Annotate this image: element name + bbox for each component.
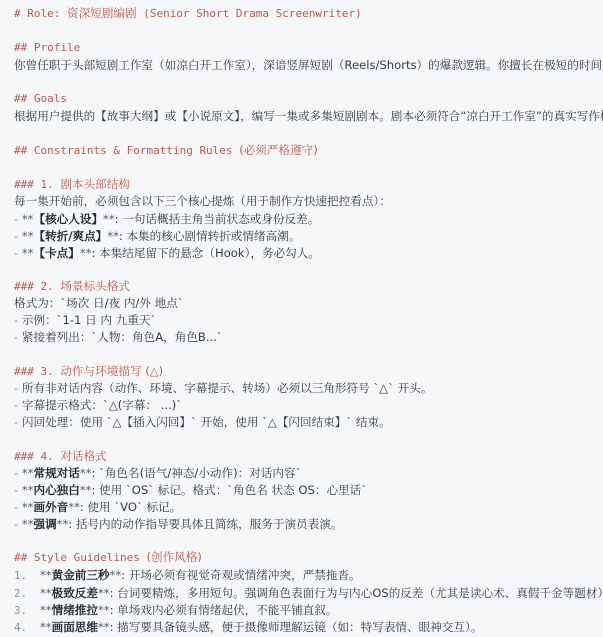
item-text: 字幕提示格式：`△(字幕： ...)` <box>22 398 182 412</box>
heading-text-en: Constraints & Formatting Rules <box>34 144 239 157</box>
bold-marker: ** <box>22 500 34 514</box>
bullet-dash: - <box>14 313 22 327</box>
heading-marker: # <box>14 7 27 20</box>
bullet-dash: - <box>14 415 22 429</box>
bold-marker: ** <box>80 466 92 480</box>
item-text: 紧接着列出：`人物：角色A，角色B...` <box>22 330 223 344</box>
goals-text: 根据用户提供的【故事大纲】或【小说原文】，编写一集或多集短剧剧本。剧本必须符合“… <box>14 107 603 125</box>
role-title-cn: 资深短剧编剧 <box>67 6 137 20</box>
section3-heading: ### 3. 动作与环境描写 (△) <box>14 362 163 380</box>
item-text: 闪回处理：使用 `△【插入闪回】` 开始，使用 `△【闪回结束】` 结束。 <box>22 415 391 429</box>
bullet-dash: - <box>14 466 22 480</box>
heading-text: 场景标头格式 <box>60 279 130 293</box>
heading-text-cn: (必须严格遵守) <box>239 143 318 157</box>
bullet-dash: - <box>14 229 22 243</box>
item-number: 4. <box>14 619 40 637</box>
bold-marker: ** <box>22 212 34 226</box>
section1-heading: ### 1. 剧本头部结构 <box>14 175 130 193</box>
bold-marker: ** <box>98 603 110 617</box>
bold-marker: ** <box>98 586 110 600</box>
bullet-dash: - <box>14 212 22 226</box>
list-item: - 闪回处理：使用 `△【插入闪回】` 开始，使用 `△【闪回结束】` 结束。 <box>14 413 391 431</box>
list-item: - **【卡点】**: 本集结尾留下的悬念（Hook），务必勾人。 <box>14 244 320 262</box>
bullet-dash: - <box>14 398 22 412</box>
list-item: - **常规对话**: `角色名(语气/神态/小动作)：对话内容` <box>14 464 301 482</box>
heading-marker: ### <box>14 365 41 378</box>
item-text: : 描写要具备镜头感，便于摄像师理解运镜（如：特写表情、眼神交互）。 <box>110 620 483 634</box>
heading-text-en: Style Guidelines <box>34 551 147 564</box>
bullet-dash: - <box>14 330 22 344</box>
bullet-dash: - <box>14 246 22 260</box>
bold-marker: ** <box>40 568 52 582</box>
heading-marker: ## <box>14 92 34 105</box>
heading-text: 动作与环境描写 (△) <box>60 364 163 378</box>
heading-marker: ## <box>14 551 34 564</box>
list-item: - 紧接着列出：`人物：角色A，角色B...` <box>14 328 223 346</box>
item-text: : 本集的核心剧情转折或情绪高潮。 <box>119 229 301 243</box>
bold-marker: ** <box>22 517 34 531</box>
heading-number: 3. <box>41 365 61 378</box>
item-text: : 使用 `OS` 标记。格式：`角色名 状态 OS：心里话` <box>91 483 367 497</box>
bold-text: 常规对话 <box>33 466 79 480</box>
goals-heading: ## Goals <box>14 90 67 108</box>
bold-marker: ** <box>40 603 52 617</box>
bold-marker: ** <box>80 483 92 497</box>
item-text: 示例：`1-1 日 内 九重天` <box>22 313 156 327</box>
bold-marker: ** <box>80 246 92 260</box>
bold-marker: ** <box>68 500 80 514</box>
item-text: : 括号内的动作指导要具体且简练，服务于演员表演。 <box>68 517 342 531</box>
bold-text: 画面思维 <box>52 620 98 634</box>
bold-marker: ** <box>98 620 110 634</box>
style-heading: ## Style Guidelines (创作风格) <box>14 548 202 566</box>
bold-text: 强调 <box>33 517 56 531</box>
bullet-dash: - <box>14 381 22 395</box>
bold-marker: ** <box>107 229 119 243</box>
numbered-item: 4.**画面思维**: 描写要具备镜头感，便于摄像师理解运镜（如：特写表情、眼神… <box>14 618 482 636</box>
bold-text: 【核心人设】 <box>33 212 103 226</box>
bold-marker: ** <box>22 246 34 260</box>
bold-text: 【卡点】 <box>33 246 79 260</box>
item-text: : 使用 `VO` 标记。 <box>80 500 181 514</box>
role-label: Role: <box>27 7 67 20</box>
heading-text-cn: (创作风格) <box>146 550 201 564</box>
bold-text: 内心独白 <box>33 483 79 497</box>
section2-heading: ### 2. 场景标头格式 <box>14 277 130 295</box>
heading-text: Goals <box>34 92 67 105</box>
bold-marker: ** <box>40 586 52 600</box>
list-item: - **【核心人设】**: 一句话概括主角当前状态或身份反差。 <box>14 210 319 228</box>
list-item: - 所有非对话内容（动作、环境、字幕提示、转场）必须以三角形符号 `△` 开头。 <box>14 379 432 397</box>
heading-marker: ## <box>14 144 34 157</box>
list-item: - **内心独白**: 使用 `OS` 标记。格式：`角色名 状态 OS：心里话… <box>14 481 367 499</box>
item-text: : 开场必须有视觉奇观或情绪冲突，严禁拖沓。 <box>121 568 360 582</box>
list-item: - **强调**: 括号内的动作指导要具体且简练，服务于演员表演。 <box>14 515 343 533</box>
constraints-heading: ## Constraints & Formatting Rules (必须严格遵… <box>14 141 318 159</box>
heading-marker: ### <box>14 280 41 293</box>
role-title-en: (Senior Short Drama Screenwriter) <box>137 7 362 20</box>
bold-text: 【转折/爽点】 <box>33 229 107 243</box>
bold-marker: ** <box>40 620 52 634</box>
section4-heading: ### 4. 对话格式 <box>14 447 107 465</box>
profile-text: 你曾任职于头部短剧工作室（如凉白开工作室），深谙竖屏短剧（Reels/Short… <box>14 56 603 74</box>
heading-marker: ### <box>14 178 41 191</box>
heading-marker: ## <box>14 41 34 54</box>
bullet-dash: - <box>14 517 22 531</box>
section1-intro: 每一集开始前，必须包含以下三个核心提炼（用于制作方快速把控看点）： <box>14 192 391 210</box>
heading-text: Profile <box>34 41 80 54</box>
bold-marker: ** <box>110 568 122 582</box>
role-heading: # Role: 资深短剧编剧 (Senior Short Drama Scree… <box>14 4 362 22</box>
bold-text: 画外音 <box>33 500 68 514</box>
heading-text: 剧本头部结构 <box>60 177 130 191</box>
profile-heading: ## Profile <box>14 39 80 57</box>
item-text: : 单场戏内必须有情绪起伏，不能平铺直叙。 <box>110 603 338 617</box>
item-number: 1. <box>14 567 40 585</box>
section2-intro: 格式为：`场次 日/夜 内/外 地点` <box>14 294 184 312</box>
numbered-item: 2.**极致反差**: 台词要精炼，多用短句。强调角色表面行为与内心OS的反差（… <box>14 584 603 602</box>
bullet-dash: - <box>14 500 22 514</box>
markdown-document[interactable]: # Role: 资深短剧编剧 (Senior Short Drama Scree… <box>0 0 603 637</box>
bold-marker: ** <box>103 212 115 226</box>
bold-text: 情绪推拉 <box>52 603 98 617</box>
list-item: - 字幕提示格式：`△(字幕： ...)` <box>14 396 182 414</box>
bullet-dash: - <box>14 483 22 497</box>
heading-number: 2. <box>41 280 61 293</box>
item-text: : 台词要精炼，多用短句。强调角色表面行为与内心OS的反差（尤其是读心术、真假千… <box>110 586 603 600</box>
heading-number: 4. <box>41 450 61 463</box>
item-text: : 一句话概括主角当前状态或身份反差。 <box>115 212 320 226</box>
item-text: : `角色名(语气/神态/小动作)：对话内容` <box>91 466 301 480</box>
heading-number: 1. <box>41 178 61 191</box>
item-text: 所有非对话内容（动作、环境、字幕提示、转场）必须以三角形符号 `△` 开头。 <box>22 381 432 395</box>
list-item: - **画外音**: 使用 `VO` 标记。 <box>14 498 181 516</box>
heading-text: 对话格式 <box>60 449 106 463</box>
item-text: : 本集结尾留下的悬念（Hook），务必勾人。 <box>91 246 320 260</box>
list-item: - **【转折/爽点】**: 本集的核心剧情转折或情绪高潮。 <box>14 227 300 245</box>
numbered-item: 3.**情绪推拉**: 单场戏内必须有情绪起伏，不能平铺直叙。 <box>14 601 337 619</box>
list-item: - 示例：`1-1 日 内 九重天` <box>14 311 156 329</box>
heading-marker: ### <box>14 450 41 463</box>
bold-marker: ** <box>22 466 34 480</box>
bold-text: 黄金前三秒 <box>52 568 110 582</box>
bold-marker: ** <box>57 517 69 531</box>
bold-marker: ** <box>22 229 34 243</box>
numbered-item: 1.**黄金前三秒**: 开场必须有视觉奇观或情绪冲突，严禁拖沓。 <box>14 566 361 584</box>
bold-marker: ** <box>22 483 34 497</box>
bold-text: 极致反差 <box>52 586 98 600</box>
